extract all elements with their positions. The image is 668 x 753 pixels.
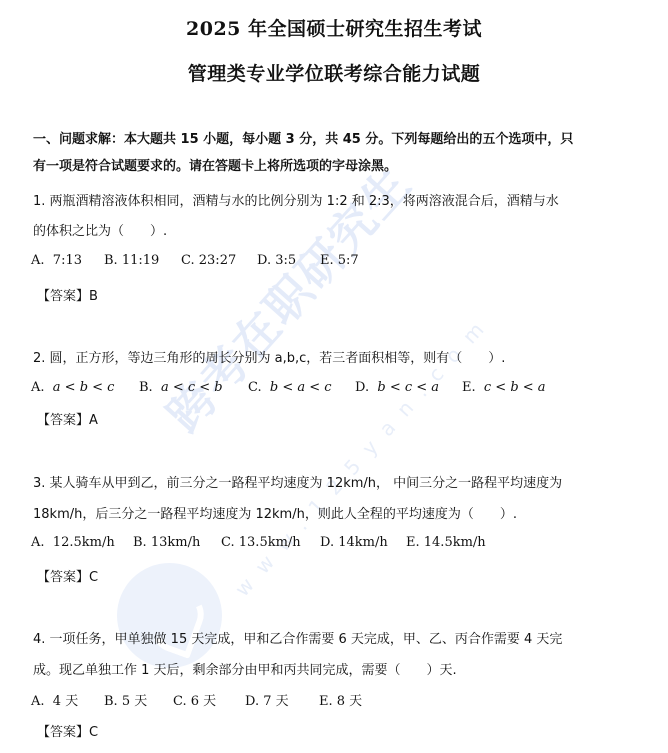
answer: 【答案】C	[37, 721, 98, 740]
question-text: 18km/h，后三分之一路程平均速度为 12km/h，则此人全程的平均速度为（ …	[33, 503, 517, 522]
watermark-logo-icon	[117, 563, 222, 668]
question-text: 1. 两瓶酒精溶液体积相同，酒精与水的比例分别为 1:2 和 2:3，将两溶液混…	[33, 190, 559, 209]
option-b: B. 5 天	[104, 690, 147, 709]
option-e: E. 8 天	[319, 690, 362, 709]
option-a: A. 7:13	[31, 253, 82, 268]
answer: 【答案】C	[37, 566, 98, 585]
option-d: D. b < c < a	[355, 380, 439, 395]
option-b: B. a < c < b	[139, 380, 223, 395]
option-c: C. 6 天	[173, 690, 216, 709]
option-a: A. a < b < c	[31, 380, 114, 395]
option-d: D. 3:5	[257, 253, 296, 268]
option-c: C. 23:27	[181, 253, 236, 268]
question-text: 2. 圆，正方形，等边三角形的周长分别为 a,b,c，若三者面积相等，则有（ ）…	[33, 347, 505, 366]
section-instructions-line2: 有一项是符合试题要求的。请在答题卡上将所选项的字母涂黑。	[33, 155, 397, 174]
section-instructions-line1: 一、问题求解：本大题共 15 小题，每小题 3 分，共 45 分。下列每题给出的…	[33, 128, 573, 147]
option-e: E. 14.5km/h	[406, 535, 486, 550]
option-c: C. b < a < c	[248, 380, 332, 395]
option-d: D. 14km/h	[320, 535, 388, 550]
option-c: C. 13.5km/h	[221, 535, 301, 550]
option-d: D. 7 天	[245, 690, 289, 709]
option-e: E. c < b < a	[462, 380, 546, 395]
question-text: 成。现乙单独工作 1 天后，剩余部分由甲和丙共同完成，需要（ ）天.	[33, 659, 457, 678]
option-b: B. 13km/h	[133, 535, 200, 550]
option-e: E. 5:7	[320, 253, 359, 268]
answer: 【答案】A	[37, 409, 98, 428]
answer: 【答案】B	[37, 285, 98, 304]
question-text: 4. 一项任务，甲单独做 15 天完成，甲和乙合作需要 6 天完成，甲、乙、丙合…	[33, 628, 562, 647]
document-title: 2025 年全国硕士研究生招生考试	[0, 14, 668, 41]
question-text: 的体积之比为（ ）.	[33, 220, 167, 239]
document-subtitle: 管理类专业学位联考综合能力试题	[0, 59, 668, 86]
option-a: A. 12.5km/h	[31, 535, 115, 550]
option-a: A. 4 天	[31, 690, 78, 709]
option-b: B. 11:19	[104, 253, 159, 268]
question-text: 3. 某人骑车从甲到乙，前三分之一路程平均速度为 12km/h， 中间三分之一路…	[33, 472, 562, 491]
